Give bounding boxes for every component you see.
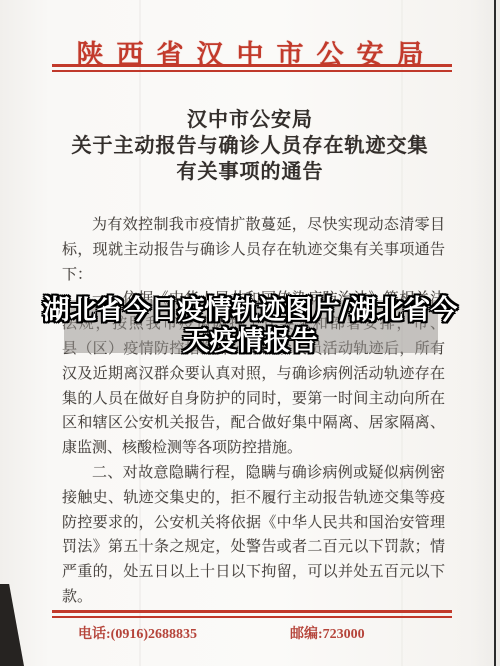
body-line: 康监测、核酸检测等各项防控措施。 xyxy=(62,436,445,461)
footer-red-rule xyxy=(52,610,452,618)
body-line: 集的人员在做好自身防护的同时，要第一时间主动向所在社 xyxy=(62,387,445,412)
body-line: 严重的，处五日以上十日以下拘留，可以并处五百元以下罚 xyxy=(62,560,445,585)
body-line: 标，现就主动报告与确诊人员存在轨迹交集有关事项通告如 xyxy=(62,238,445,263)
footer-phone: 电话:(0916)2688835 xyxy=(78,623,197,643)
body-line: 区和辖区公安机关报告，配合做好集中隔离、居家隔离、健 xyxy=(62,411,445,436)
notice-title: 汉中市公安局 关于主动报告与确诊人员存在轨迹交集 有关事项的通告 xyxy=(0,107,500,185)
body-line: 下： xyxy=(62,263,445,288)
body-line: 罚法》第五十条之规定，处警告或者二百元以下罚款；情节 xyxy=(62,535,445,560)
photo-corner-shadow xyxy=(0,584,24,666)
body-line: 款。 xyxy=(62,585,445,610)
footer-contact-row: 电话:(0916)2688835 邮编:723000 xyxy=(62,623,445,645)
notice-title-line-1: 汉中市公安局 xyxy=(0,107,500,133)
body-line: 二、对故意隐瞒行程，隐瞒与确诊病例或疑似病例密切 xyxy=(62,461,445,486)
footer-postcode: 邮编:723000 xyxy=(290,623,365,643)
watermark-caption-line-1: 湖北省今日疫情轨迹图片/湖北省今 xyxy=(28,295,472,326)
notice-body: 为有效控制我市疫情扩散蔓延，尽快实现动态清零目 标，现就主动报告与确诊人员存在轨… xyxy=(62,213,445,610)
watermark-caption: 湖北省今日疫情轨迹图片/湖北省今 天疫情报告 xyxy=(28,295,472,357)
body-line: 为有效控制我市疫情扩散蔓延，尽快实现动态清零目 xyxy=(62,213,445,238)
body-line: 接触史、轨迹交集史的，拒不履行主动报告轨迹交集等疫情 xyxy=(62,486,445,511)
notice-title-line-2: 关于主动报告与确诊人员存在轨迹交集 xyxy=(0,133,500,159)
document-photo: 陕西省汉中市公安局 汉中市公安局 关于主动报告与确诊人员存在轨迹交集 有关事项的… xyxy=(0,0,500,666)
watermark-caption-line-2: 天疫情报告 xyxy=(28,326,472,357)
notice-title-line-3: 有关事项的通告 xyxy=(0,159,500,185)
body-line: 防控要求的，公安机关将依据《中华人民共和国治安管理处 xyxy=(62,511,445,536)
body-line: 汉及近期离汉群众要认真对照，与确诊病例活动轨迹存在交 xyxy=(62,362,445,387)
photo-edge-shadow xyxy=(494,0,496,666)
header-red-rule xyxy=(52,64,452,72)
